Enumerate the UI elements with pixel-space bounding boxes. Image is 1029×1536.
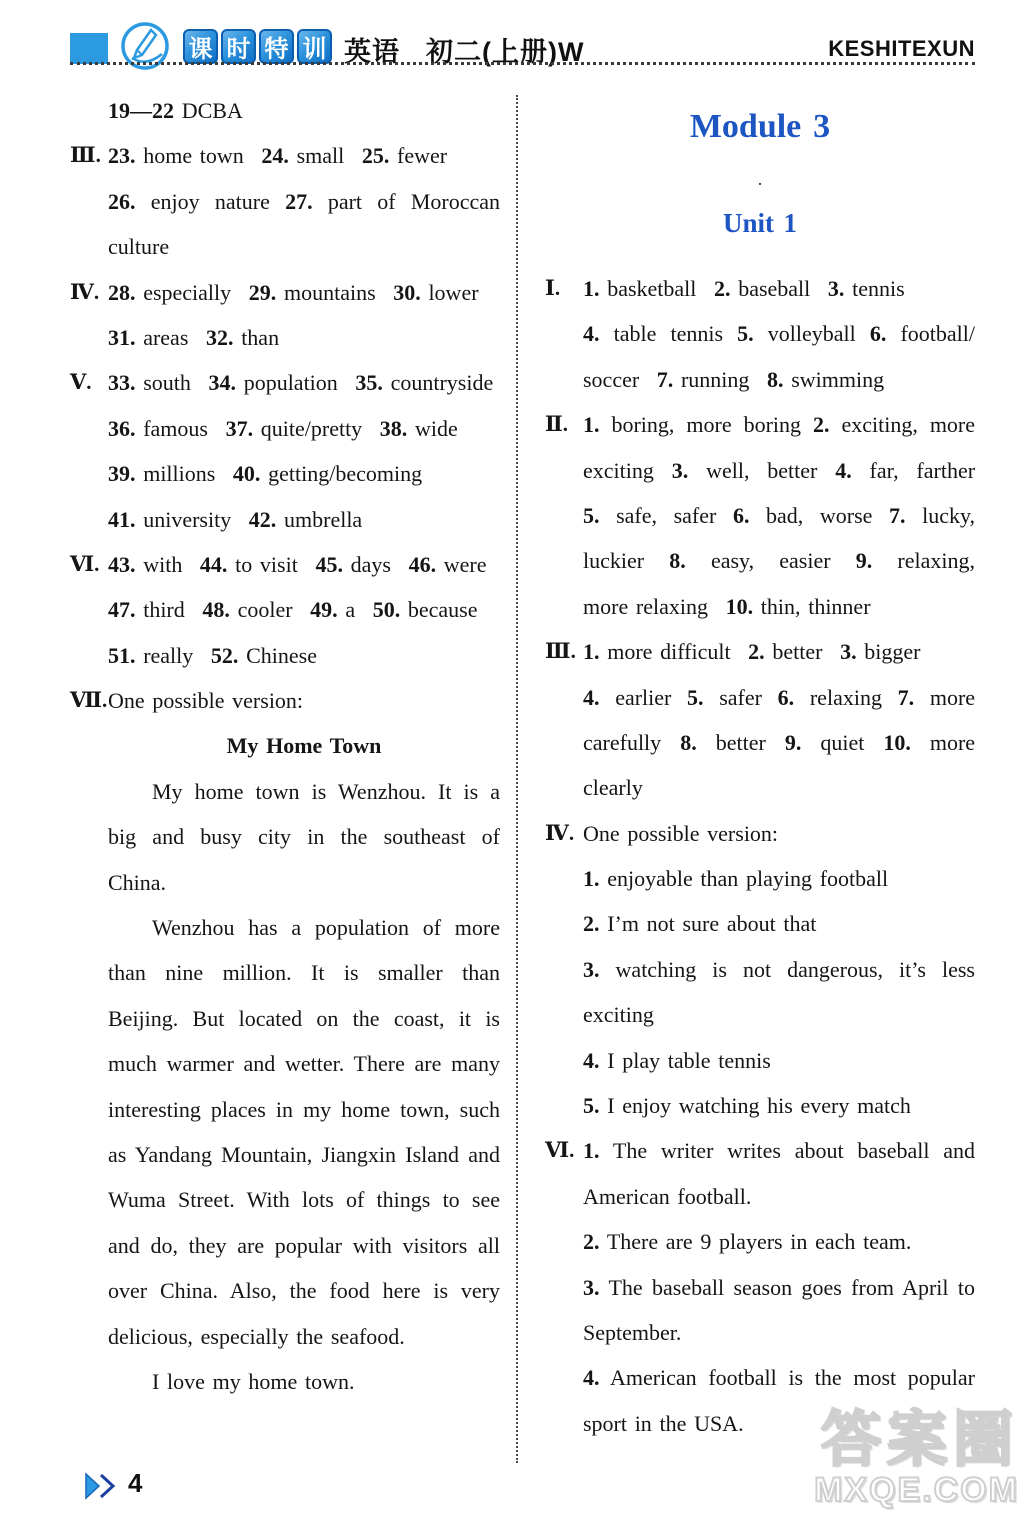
answer-text: more <box>930 685 975 710</box>
answer-number: 37. <box>226 416 254 441</box>
pencil-logo-icon <box>118 20 172 74</box>
answer-number: 50. <box>373 597 401 622</box>
answer-line: Beijing. But located on the coast, it is <box>108 996 500 1041</box>
answer-section: Ⅲ.1. more difficult2. better3. bigger4. … <box>545 629 975 811</box>
answer-number: 38. <box>380 416 408 441</box>
answer-line: 36. famous37. quite/pretty38. wide <box>108 406 500 451</box>
answer-number: 2. <box>813 412 830 437</box>
answer-text: than <box>241 325 279 350</box>
answer-section: Ⅵ.1. The writer writes about baseball an… <box>545 1128 975 1446</box>
unit-title: Unit 1 <box>545 200 975 246</box>
answer-text: thin, thinner <box>761 594 871 619</box>
answer-number: 33. <box>108 370 136 395</box>
answer-text: over China. Also, the food here is very <box>108 1278 500 1303</box>
answer-text: Module 3 <box>690 108 830 145</box>
answer-line: 41. university42. umbrella <box>108 497 500 542</box>
answer-text: sport in the USA. <box>583 1411 744 1436</box>
answer-line: 23. home town24. small25. fewer <box>108 133 500 178</box>
answer-text: really <box>143 643 193 668</box>
answer-section: Ⅴ.33. south34. population35. countryside… <box>70 360 500 542</box>
roman-numeral: Ⅳ. <box>70 270 108 361</box>
answer-number: 8. <box>669 548 686 573</box>
answer-text: much warmer and wetter. There are many <box>108 1051 500 1076</box>
answer-text: The writer writes about baseball and <box>613 1138 975 1163</box>
answer-number: 51. <box>108 643 136 668</box>
answer-text: basketball <box>607 276 696 301</box>
answer-text: relaxing <box>810 685 882 710</box>
answer-number: 6. <box>778 685 795 710</box>
answer-number: 5. <box>687 685 704 710</box>
answer-number: 32. <box>206 325 234 350</box>
answer-text: American football. <box>583 1184 751 1209</box>
answer-line: 1. enjoyable than playing football <box>583 856 975 901</box>
answer-text: baseball <box>738 276 810 301</box>
answer-line: 3. watching is not dangerous, it’s less <box>583 947 975 992</box>
answer-line: One possible version: <box>583 811 975 856</box>
answer-number: 1. <box>583 412 600 437</box>
answer-number: 52. <box>211 643 239 668</box>
answer-text: part of Moroccan <box>328 189 500 214</box>
answer-text: exciting, more <box>841 412 975 437</box>
answer-line: 4. I play table tennis <box>583 1038 975 1083</box>
answer-text: as Yandang Mountain, Jiangxin Island and <box>108 1142 500 1167</box>
answer-text: American football is the most popular <box>610 1365 975 1390</box>
answer-number: 31. <box>108 325 136 350</box>
answer-line: soccer7. running8. swimming <box>583 357 975 402</box>
answer-text: boring, more boring <box>611 412 801 437</box>
answer-text: September. <box>583 1320 681 1345</box>
answer-text: because <box>408 597 478 622</box>
answer-line: exciting <box>583 992 975 1037</box>
answer-text: Wenzhou has a population of more <box>152 915 500 940</box>
answer-text: and do, they are popular with visitors a… <box>108 1233 500 1258</box>
answer-text: football/ <box>900 321 975 346</box>
answer-line: exciting 3. well, better 4. far, farther <box>583 448 975 493</box>
answer-text: exciting <box>583 458 654 483</box>
answer-number: 1. <box>583 639 600 664</box>
answer-number: 45. <box>315 552 343 577</box>
answer-line: 51. really52. Chinese <box>108 633 500 678</box>
answer-text: One possible version: <box>583 821 778 846</box>
logo-char-box: 训 <box>297 29 332 64</box>
answer-number: 6. <box>870 321 887 346</box>
answer-line: and do, they are popular with visitors a… <box>108 1223 500 1268</box>
left-column: 19—22 DCBAⅢ.23. home town24. small25. fe… <box>70 88 500 1404</box>
answer-text: fewer <box>397 143 447 168</box>
answer-text: far, farther <box>870 458 975 483</box>
answer-text: DCBA <box>182 98 243 123</box>
roman-numeral: Ⅴ. <box>70 360 108 542</box>
answer-section: Ⅰ.1. basketball2. baseball3. tennis4. ta… <box>545 266 975 402</box>
answer-line: Wuma Street. With lots of things to see <box>108 1177 500 1222</box>
answer-text: bad, worse <box>766 503 872 528</box>
answer-number: 1. <box>583 866 600 891</box>
answer-line: 2. There are 9 players in each team. <box>583 1219 975 1264</box>
answer-line: 2. I’m not sure about that <box>583 901 975 946</box>
page-number: 4 <box>128 1468 142 1499</box>
answer-number: 1. <box>583 1138 600 1163</box>
answer-text: famous <box>143 416 208 441</box>
answer-number: 5. <box>583 503 600 528</box>
answer-text: earlier <box>615 685 671 710</box>
answer-line: sport in the USA. <box>583 1401 975 1446</box>
logo-char-box: 时 <box>221 29 256 64</box>
logo-char-box: 特 <box>259 29 294 64</box>
answer-number: 8. <box>767 367 784 392</box>
header-blue-square <box>70 33 108 64</box>
answer-number: 24. <box>261 143 289 168</box>
answer-text: areas <box>143 325 188 350</box>
answer-text: One possible version: <box>108 688 303 713</box>
roman-numeral: Ⅰ. <box>545 266 583 402</box>
answer-number: 19—22 <box>108 98 174 123</box>
answer-text: delicious, especially the seafood. <box>108 1324 405 1349</box>
answer-line: over China. Also, the food here is very <box>108 1268 500 1313</box>
answer-text: getting/becoming <box>268 461 422 486</box>
answer-text: with <box>143 552 182 577</box>
answer-section: Ⅶ.One possible version:My Home TownMy ho… <box>70 678 500 1404</box>
answer-line: than nine million. It is smaller than <box>108 950 500 995</box>
answer-text: . <box>758 169 763 189</box>
answer-text: Chinese <box>246 643 317 668</box>
answer-text: umbrella <box>284 507 362 532</box>
answer-line: carefully 8. better 9. quiet 10. more <box>583 720 975 765</box>
answer-text: luckier <box>583 548 644 573</box>
answer-text: tennis <box>852 276 905 301</box>
answer-text: enjoy nature <box>151 189 270 214</box>
answer-number: 26. <box>108 189 136 214</box>
answer-number: 28. <box>108 280 136 305</box>
answer-section: Ⅳ.28. especially29. mountains30. lower31… <box>70 270 500 361</box>
answer-number: 8. <box>680 730 697 755</box>
answer-number: 25. <box>362 143 390 168</box>
page-number-chevron-icon <box>84 1472 118 1500</box>
column-divider <box>516 95 518 1463</box>
answer-line: My home town is Wenzhou. It is a <box>108 769 500 814</box>
answer-line: 43. with44. to visit45. days46. were <box>108 542 500 587</box>
answer-text: swimming <box>791 367 884 392</box>
answer-number: 3. <box>583 1275 600 1300</box>
tiny-dot: . <box>545 158 975 200</box>
answer-line: luckier 8. easy, easier 9. relaxing, <box>583 538 975 583</box>
answer-number: 39. <box>108 461 136 486</box>
answer-text: I play table tennis <box>607 1048 771 1073</box>
answer-text: more relaxing <box>583 594 708 619</box>
answer-number: 10. <box>883 730 911 755</box>
answer-number: 4. <box>835 458 852 483</box>
answer-number: 40. <box>233 461 261 486</box>
answer-number: 4. <box>583 685 600 710</box>
answer-text: mountains <box>284 280 376 305</box>
answer-text: more difficult <box>607 639 730 664</box>
answer-line: China. <box>108 860 500 905</box>
answer-number: 9. <box>856 548 873 573</box>
answer-number: 10. <box>726 594 754 619</box>
roman-numeral <box>70 88 108 133</box>
answer-number: 3. <box>583 957 600 982</box>
answer-number: 36. <box>108 416 136 441</box>
answer-number: 7. <box>657 367 674 392</box>
answer-text: There are 9 players in each team. <box>607 1229 912 1254</box>
answer-text: quite/pretty <box>261 416 362 441</box>
answer-line: 47. third48. cooler49. a50. because <box>108 587 500 632</box>
roman-numeral: Ⅵ. <box>70 542 108 678</box>
answer-line: big and busy city in the southeast of <box>108 814 500 859</box>
answer-text: small <box>297 143 345 168</box>
answer-number: 6. <box>733 503 750 528</box>
answer-text: than nine million. It is smaller than <box>108 960 500 985</box>
answer-number: 47. <box>108 597 136 622</box>
answer-line: 5. I enjoy watching his every match <box>583 1083 975 1128</box>
header-dotted-rule <box>70 62 975 65</box>
answer-line: much warmer and wetter. There are many <box>108 1041 500 1086</box>
answer-number: 2. <box>583 1229 600 1254</box>
answer-text: cooler <box>238 597 293 622</box>
logo-char-box: 课 <box>183 29 218 64</box>
answer-line: 1. The writer writes about baseball and <box>583 1128 975 1173</box>
answer-number: 5. <box>583 1093 600 1118</box>
answer-section: Ⅱ.1. boring, more boring 2. exciting, mo… <box>545 402 975 629</box>
answer-section: Ⅲ.23. home town24. small25. fewer26. enj… <box>70 133 500 269</box>
answer-line: 33. south34. population35. countryside <box>108 360 500 405</box>
answer-number: 42. <box>249 507 277 532</box>
header-brand: KESHITEXUN <box>828 36 975 62</box>
answer-text: big and busy city in the southeast of <box>108 824 500 849</box>
essay-title: My Home Town <box>108 723 500 768</box>
answer-number: 23. <box>108 143 136 168</box>
brand-logo-chars: 课 时 特 训 <box>183 29 332 64</box>
answer-text: easy, easier <box>711 548 831 573</box>
answer-line: 31. areas32. than <box>108 315 500 360</box>
answer-line: interesting places in my home town, such <box>108 1087 500 1132</box>
answer-number: 27. <box>285 189 313 214</box>
answer-number: 41. <box>108 507 136 532</box>
roman-numeral: Ⅲ. <box>70 133 108 269</box>
answer-line: American football. <box>583 1174 975 1219</box>
answer-number: 46. <box>409 552 437 577</box>
roman-numeral: Ⅵ. <box>545 1128 583 1446</box>
answer-number: 2. <box>714 276 731 301</box>
answer-line: 4. American football is the most popular <box>583 1355 975 1400</box>
answer-text: south <box>143 370 191 395</box>
answer-line: 5. safe, safer 6. bad, worse 7. lucky, <box>583 493 975 538</box>
answer-text: to visit <box>235 552 298 577</box>
answer-number: 34. <box>208 370 236 395</box>
answer-number: 4. <box>583 321 600 346</box>
answer-line: clearly <box>583 765 975 810</box>
answer-line: 39. millions40. getting/becoming <box>108 451 500 496</box>
answer-text: countryside <box>391 370 494 395</box>
answer-text: were <box>444 552 487 577</box>
right-column: Module 3.Unit 1Ⅰ.1. basketball2. basebal… <box>545 88 975 1446</box>
answer-text: Beijing. But located on the coast, it is <box>108 1006 500 1031</box>
answer-line: 4. earlier 5. safer 6. relaxing 7. more <box>583 675 975 720</box>
answer-text: better <box>716 730 766 755</box>
answer-line: delicious, especially the seafood. <box>108 1314 500 1359</box>
watermark-line2: MXQE.COM <box>814 1472 1019 1508</box>
roman-numeral: Ⅱ. <box>545 402 583 629</box>
answer-section: Module 3.Unit 1 <box>545 88 975 266</box>
answer-section: Ⅳ.One possible version:1. enjoyable than… <box>545 811 975 1129</box>
answer-line: 4. table tennis 5. volleyball 6. footbal… <box>583 311 975 356</box>
answer-text: My Home Town <box>227 733 382 758</box>
answer-text: university <box>143 507 231 532</box>
roman-numeral: Ⅳ. <box>545 811 583 1129</box>
answer-text: soccer <box>583 367 639 392</box>
answer-text: days <box>351 552 391 577</box>
answer-line: 26. enjoy nature 27. part of Moroccan <box>108 179 500 224</box>
answer-section: Ⅵ.43. with44. to visit45. days46. were47… <box>70 542 500 678</box>
answer-text: clearly <box>583 775 643 800</box>
answer-text: millions <box>143 461 215 486</box>
answer-number: 2. <box>583 911 600 936</box>
answer-text: better <box>772 639 822 664</box>
answer-number: 49. <box>310 597 338 622</box>
answer-text: The baseball season goes from April to <box>608 1275 975 1300</box>
answer-text: I love my home town. <box>152 1369 355 1394</box>
roman-numeral: Ⅲ. <box>545 629 583 811</box>
page: { "colors": { "accent_blue": "#2b9ae0", … <box>0 0 1029 1536</box>
answer-number: 5. <box>737 321 754 346</box>
answer-number: 3. <box>672 458 689 483</box>
answer-line: One possible version: <box>108 678 500 723</box>
answer-text: I’m not sure about that <box>607 911 816 936</box>
answer-number: 43. <box>108 552 136 577</box>
answer-text: especially <box>143 280 231 305</box>
answer-text: watching is not dangerous, it’s less <box>616 957 975 982</box>
answer-text: Unit 1 <box>723 208 797 238</box>
answer-text: safe, safer <box>616 503 716 528</box>
answer-number: 3. <box>828 276 845 301</box>
answer-line: more relaxing10. thin, thinner <box>583 584 975 629</box>
answer-line: 1. basketball2. baseball3. tennis <box>583 266 975 311</box>
answer-text: third <box>143 597 185 622</box>
answer-text: wide <box>415 416 458 441</box>
answer-text: interesting places in my home town, such <box>108 1097 500 1122</box>
answer-text: culture <box>108 234 169 259</box>
answer-line: 3. The baseball season goes from April t… <box>583 1265 975 1310</box>
answer-number: 2. <box>748 639 765 664</box>
answer-text: well, better <box>706 458 817 483</box>
answer-text: volleyball <box>768 321 856 346</box>
answer-number: 3. <box>840 639 857 664</box>
answer-text: quiet <box>820 730 864 755</box>
answer-line: 1. more difficult2. better3. bigger <box>583 629 975 674</box>
answer-text: carefully <box>583 730 661 755</box>
answer-number: 4. <box>583 1048 600 1073</box>
answer-text: a <box>345 597 355 622</box>
answer-text: relaxing, <box>897 548 975 573</box>
answer-text: enjoyable than playing football <box>607 866 888 891</box>
answer-text: bigger <box>864 639 920 664</box>
module-title: Module 3 <box>545 96 975 158</box>
answer-line: as Yandang Mountain, Jiangxin Island and <box>108 1132 500 1177</box>
answer-line: culture <box>108 224 500 269</box>
answer-text: safer <box>719 685 762 710</box>
answer-line: I love my home town. <box>108 1359 500 1404</box>
answer-text: China. <box>108 870 166 895</box>
answer-section: 19—22 DCBA <box>70 88 500 133</box>
answer-text: table tennis <box>614 321 723 346</box>
answer-text: lucky, <box>922 503 975 528</box>
answer-number: 7. <box>889 503 906 528</box>
answer-number: 9. <box>785 730 802 755</box>
answer-text: exciting <box>583 1002 654 1027</box>
answer-text: My home town is Wenzhou. It is a <box>152 779 500 804</box>
answer-text: Wuma Street. With lots of things to see <box>108 1187 500 1212</box>
answer-text: home town <box>143 143 244 168</box>
answer-text: more <box>930 730 975 755</box>
roman-numeral: Ⅶ. <box>70 678 108 1404</box>
answer-number: 7. <box>898 685 915 710</box>
answer-text: lower <box>428 280 478 305</box>
answer-number: 29. <box>249 280 277 305</box>
answer-number: 44. <box>200 552 228 577</box>
answer-line: September. <box>583 1310 975 1355</box>
answer-text: population <box>244 370 338 395</box>
answer-text: running <box>681 367 749 392</box>
answer-text: I enjoy watching his every match <box>607 1093 911 1118</box>
answer-number: 30. <box>393 280 421 305</box>
answer-number: 35. <box>355 370 383 395</box>
answer-line: 19—22 DCBA <box>108 88 500 133</box>
answer-number: 4. <box>583 1365 600 1390</box>
answer-line: Wenzhou has a population of more <box>108 905 500 950</box>
answer-line: 28. especially29. mountains30. lower <box>108 270 500 315</box>
answer-number: 48. <box>202 597 230 622</box>
answer-number: 1. <box>583 276 600 301</box>
answer-line: 1. boring, more boring 2. exciting, more <box>583 402 975 447</box>
